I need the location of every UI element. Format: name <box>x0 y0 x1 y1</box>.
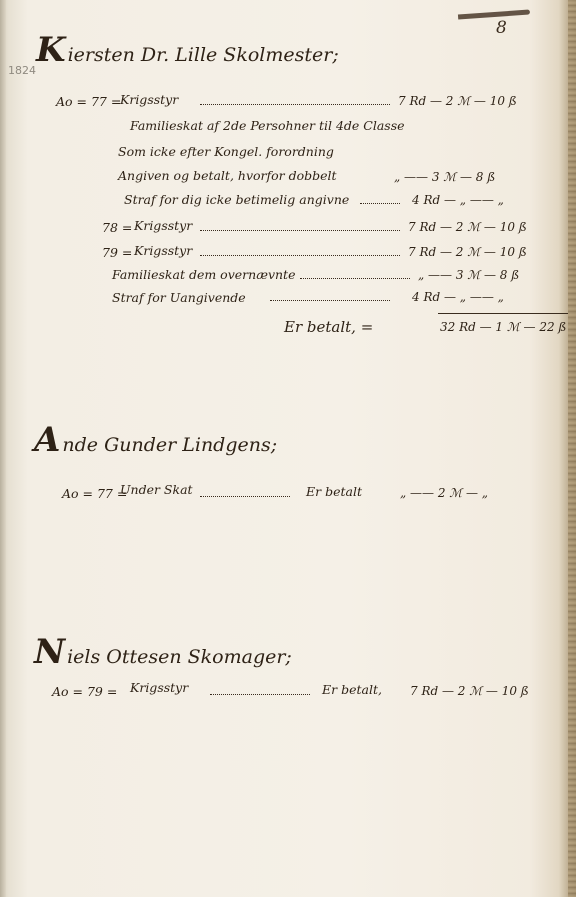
total-amount: 32 Rd — 1 ℳ — 22 ß <box>440 320 566 334</box>
entry-line-text: Angiven og betalt, hvorfor dobbelt <box>118 168 337 183</box>
page-fore-edge <box>568 0 576 897</box>
entry-line-amount: 7 Rd — 2 ℳ — 10 ß <box>408 220 527 234</box>
paid-label: Er betalt, <box>322 682 382 697</box>
binding-edge <box>0 0 6 897</box>
entry-line-text: Krigsstyr <box>134 218 192 233</box>
dotted-leader <box>210 694 310 695</box>
entry-line-amount: 7 Rd — 2 ℳ — 10 ß <box>398 94 517 108</box>
entry-line-amount: 4 Rd — „ —— „ <box>412 193 504 207</box>
entry-line-text: Krigsstyr <box>134 243 192 258</box>
entry-line-year: Ao = 77 = <box>56 94 121 109</box>
entry-line-amount: 7 Rd — 2 ℳ — 10 ß <box>408 245 527 259</box>
entry-line-year: Ao = 79 = <box>52 684 117 699</box>
dotted-leader <box>200 230 400 231</box>
entry-line-year: 79 = <box>102 245 132 260</box>
entry-line-text: Familieskat dem overnævnte <box>112 267 295 282</box>
dotted-leader <box>200 255 400 256</box>
page-number-flourish <box>458 9 530 19</box>
entry-line-text: Under Skat <box>120 482 193 497</box>
entry-line-amount: 4 Rd — „ —— „ <box>412 290 504 304</box>
entry-heading: Niels Ottesen Skomager; <box>34 632 292 672</box>
entry-line-text: Krigsstyr <box>120 92 178 107</box>
dotted-leader <box>200 496 290 497</box>
paid-label: Er betalt <box>306 484 362 499</box>
heading-initial: A <box>34 420 60 460</box>
entry-line-text: Straf for dig icke betimelig angivne <box>124 192 349 207</box>
heading-initial: N <box>34 632 65 672</box>
margin-pencil-note: 1824 <box>8 64 36 77</box>
entry-line-amount: „ —— 2 ℳ — „ <box>400 486 488 500</box>
total-label: Er betalt, = <box>284 318 373 336</box>
dotted-leader <box>200 104 390 105</box>
entry-line-text: Straf for Uangivende <box>112 290 246 305</box>
heading-text: iersten Dr. Lille Skolmester; <box>68 44 339 66</box>
entry-line-year: Ao = 77 = <box>62 486 127 501</box>
entry-line-text: Krigsstyr <box>130 680 188 695</box>
entry-heading: Ande Gunder Lindgens; <box>34 420 277 460</box>
entry-line-text: Familieskat af 2de Persohner til 4de Cla… <box>130 118 405 133</box>
entry-line-amount: „ —— 3 ℳ — 8 ß <box>418 268 519 282</box>
heading-text: nde Gunder Lindgens; <box>62 434 277 456</box>
manuscript-page: 8 1824 Kiersten Dr. Lille Skolmester; Ao… <box>0 0 576 897</box>
entry-heading: Kiersten Dr. Lille Skolmester; <box>36 30 339 70</box>
dotted-leader <box>270 300 390 301</box>
dotted-leader <box>300 278 410 279</box>
heading-text: iels Ottesen Skomager; <box>67 646 292 668</box>
entry-line-amount: „ —— 3 ℳ — 8 ß <box>394 170 495 184</box>
entry-line-text: Som icke efter Kongel. forordning <box>118 144 334 159</box>
page-number: 8 <box>496 18 507 38</box>
entry-line-year: 78 = <box>102 220 132 235</box>
dotted-leader <box>360 203 400 204</box>
heading-initial: K <box>36 30 66 70</box>
entry-line-amount: 7 Rd — 2 ℳ — 10 ß <box>410 684 529 698</box>
sum-rule <box>438 313 568 314</box>
